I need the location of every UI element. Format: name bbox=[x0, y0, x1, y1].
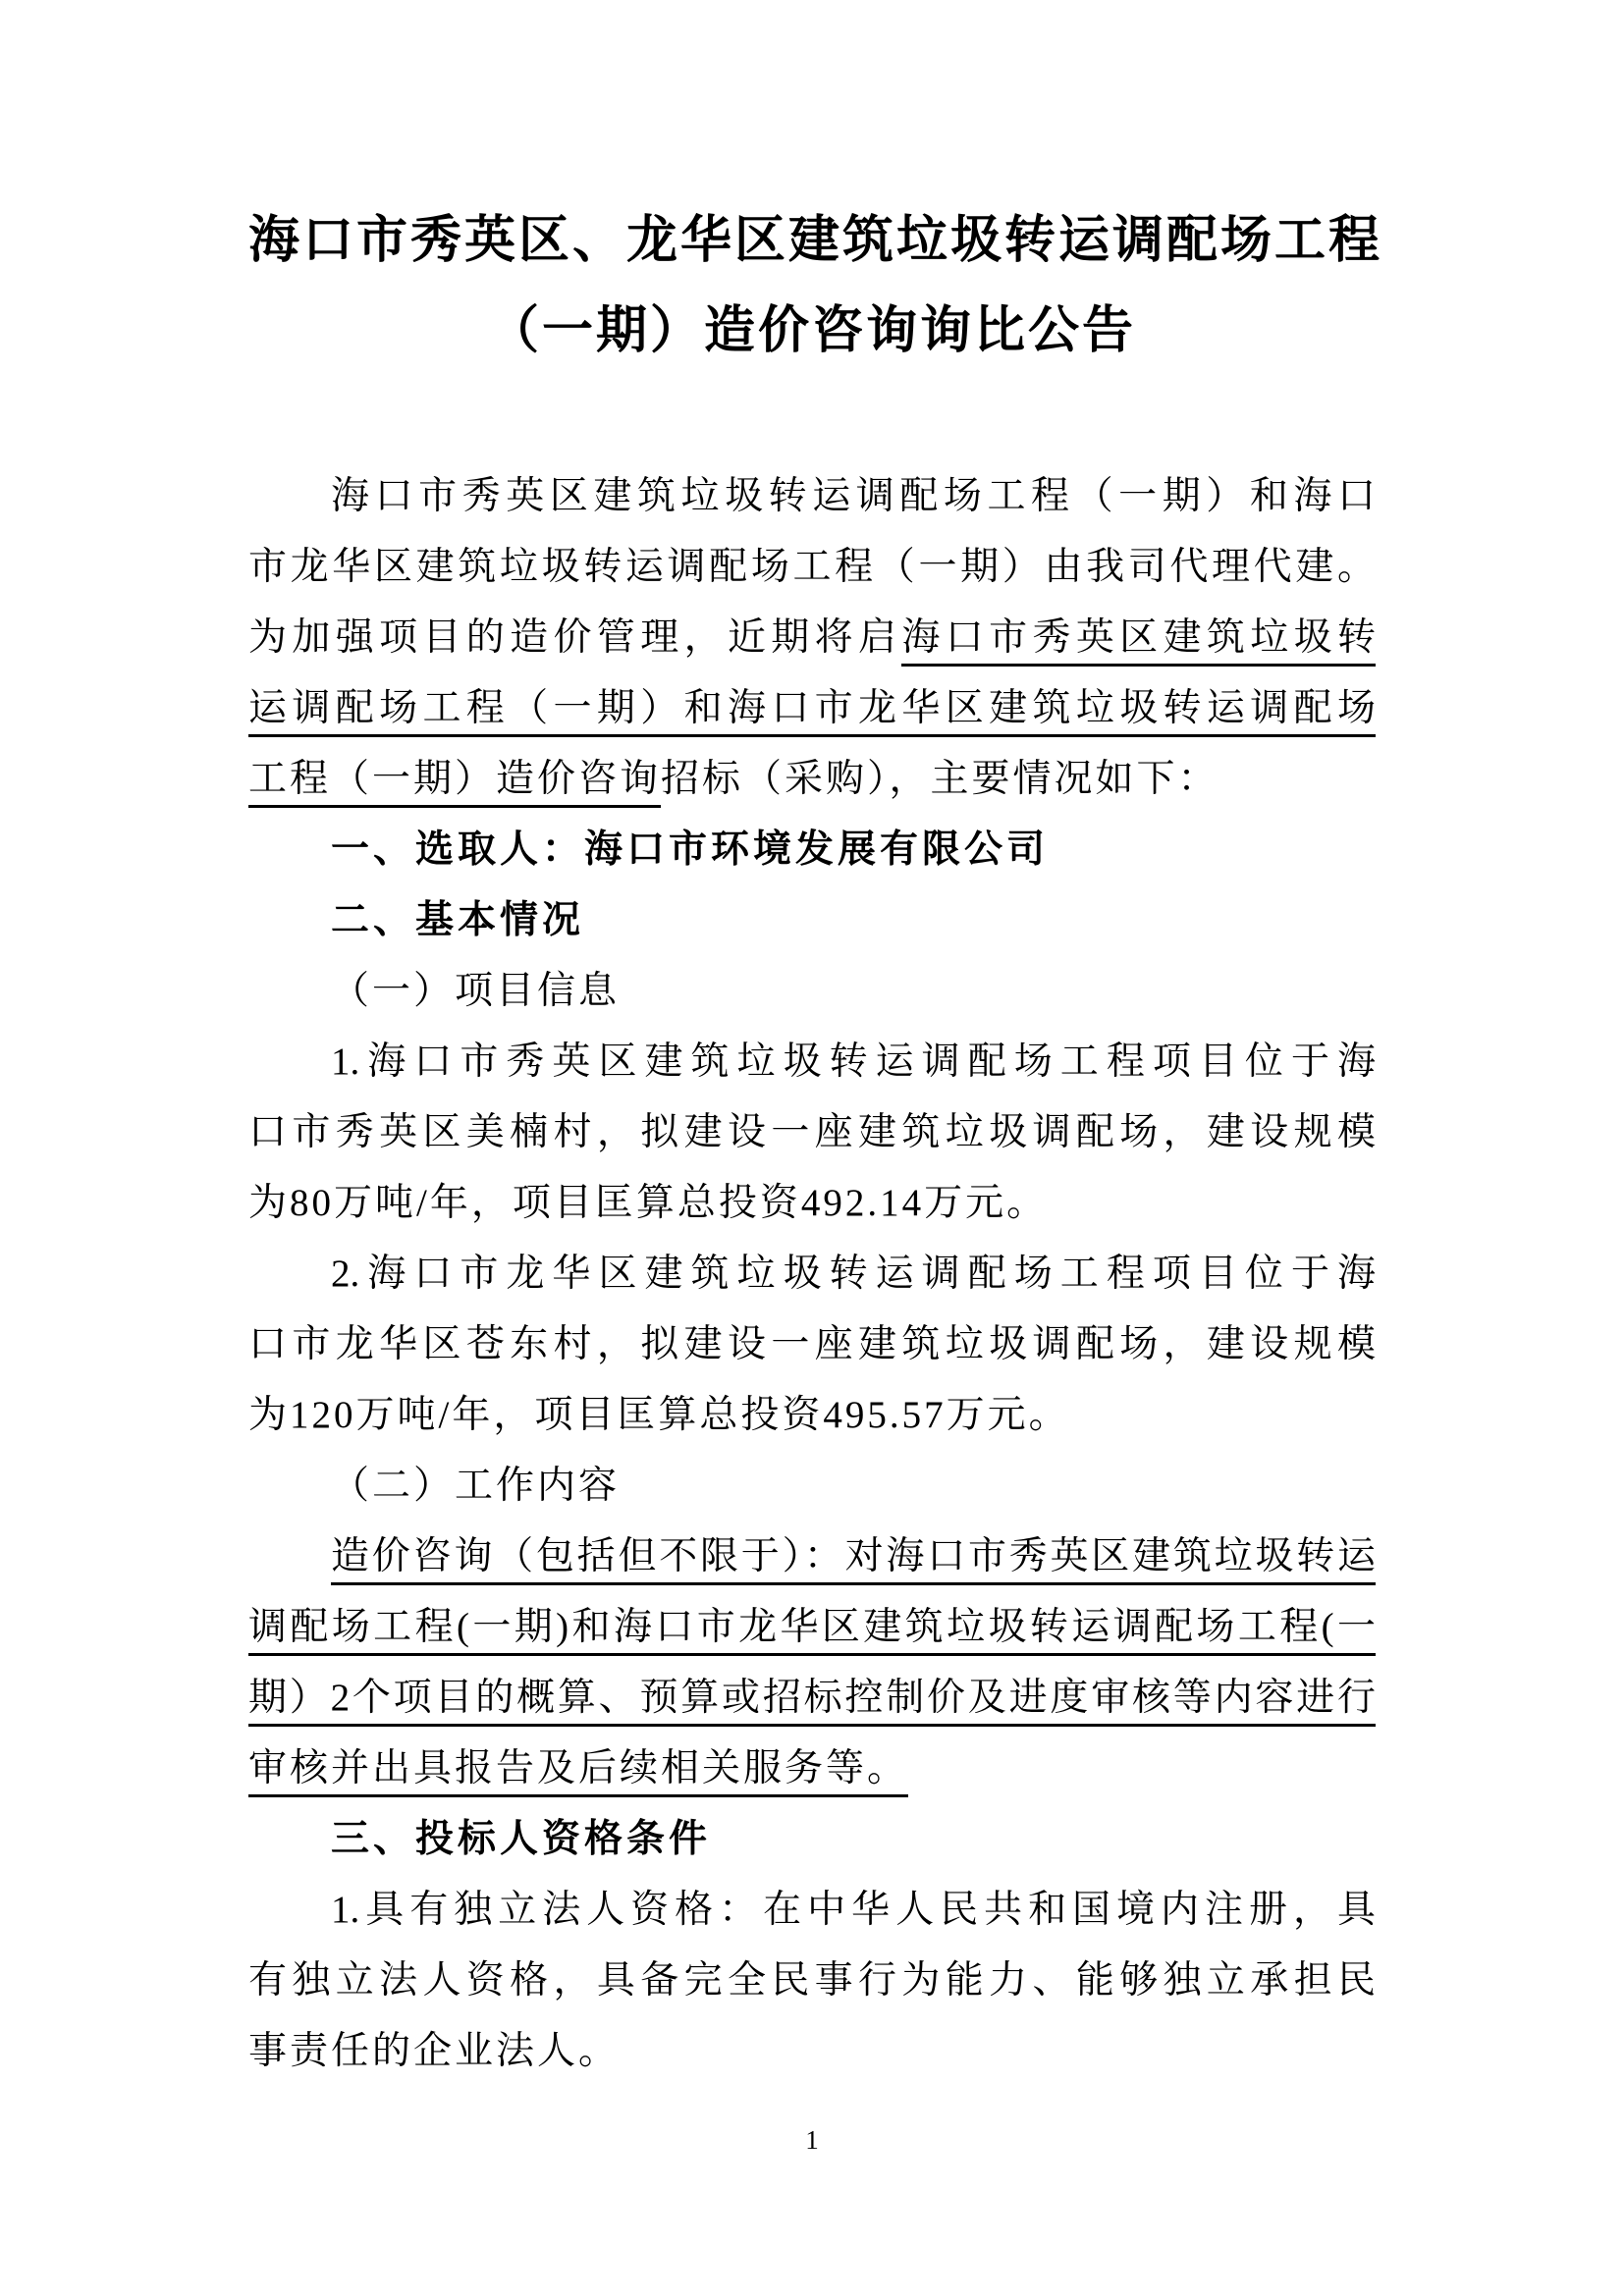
text-segment: 1.海口市秀英区建筑垃圾转运调配场工程项目位于海 bbox=[331, 1041, 1376, 1083]
document-page: 海口市秀英区、龙华区建筑垃圾转运调配场工程 （一期）造价咨询询比公告 海口市秀英… bbox=[0, 0, 1624, 2296]
body-text-line: 二、基本情况 bbox=[248, 885, 1376, 956]
text-segment: 事责任的企业法人。 bbox=[248, 2030, 620, 2072]
body-text-line: 1.具有独立法人资格：在中华人民共和国境内注册，具 bbox=[248, 1875, 1376, 1946]
body-text-line: 工程（一期）造价咨询招标（采购），主要情况如下： bbox=[248, 744, 1376, 815]
document-title-line-1: 海口市秀英区、龙华区建筑垃圾转运调配场工程 bbox=[248, 196, 1376, 287]
body-text-line: （一）项目信息 bbox=[248, 956, 1376, 1027]
text-segment: 为80万吨/年，项目匡算总投资492.14万元。 bbox=[248, 1182, 1048, 1224]
body-text-line: 为120万吨/年，项目匡算总投资495.57万元。 bbox=[248, 1380, 1376, 1451]
text-segment: 为120万吨/年，项目匡算总投资495.57万元。 bbox=[248, 1394, 1070, 1436]
text-segment: 有独立法人资格，具备完全民事行为能力、能够独立承担民 bbox=[248, 1959, 1376, 2002]
body-text-line: 一、选取人：海口市环境发展有限公司 bbox=[248, 815, 1376, 885]
body-text-line: 有独立法人资格，具备完全民事行为能力、能够独立承担民 bbox=[248, 1946, 1376, 2016]
document-title-line-2: （一期）造价咨询询比公告 bbox=[248, 287, 1376, 377]
text-segment: 口市龙华区苍东村，拟建设一座建筑垃圾调配场，建设规模 bbox=[248, 1323, 1376, 1365]
text-segment: 海口市秀英区建筑垃圾转运调配场工程（一期）和海口 bbox=[331, 475, 1376, 517]
body-text-line: 造价咨询（包括但不限于）：对海口市秀英区建筑垃圾转运 bbox=[248, 1522, 1376, 1592]
underlined-text-segment: 海口市秀英区建筑垃圾转 bbox=[901, 616, 1376, 667]
text-segment: 三、投标人资格条件 bbox=[331, 1818, 711, 1860]
text-segment: 一、选取人：海口市环境发展有限公司 bbox=[331, 828, 1049, 871]
body-text-line: 为80万吨/年，项目匡算总投资492.14万元。 bbox=[248, 1168, 1376, 1239]
body-text-line: 调配场工程(一期)和海口市龙华区建筑垃圾转运调配场工程(一 bbox=[248, 1592, 1376, 1663]
underlined-text-segment: 造价咨询（包括但不限于）：对海口市秀英区建筑垃圾转运 bbox=[331, 1535, 1376, 1585]
text-segment: 为加强项目的造价管理，近期将启 bbox=[248, 616, 901, 659]
text-segment: （一）项目信息 bbox=[331, 970, 620, 1012]
body-text-line: 为加强项目的造价管理，近期将启海口市秀英区建筑垃圾转 bbox=[248, 603, 1376, 673]
body-text-line: 审核并出具报告及后续相关服务等。 bbox=[248, 1734, 1376, 1804]
body-text-line: 1.海口市秀英区建筑垃圾转运调配场工程项目位于海 bbox=[248, 1027, 1376, 1097]
text-segment: 2.海口市龙华区建筑垃圾转运调配场工程项目位于海 bbox=[331, 1253, 1376, 1295]
body-text-line: 三、投标人资格条件 bbox=[248, 1804, 1376, 1875]
underlined-text-segment: 期）2个项目的概算、预算或招标控制价及进度审核等内容进行 bbox=[248, 1677, 1376, 1727]
body-text-line: 口市龙华区苍东村，拟建设一座建筑垃圾调配场，建设规模 bbox=[248, 1309, 1376, 1380]
document-body: 海口市秀英区建筑垃圾转运调配场工程（一期）和海口市龙华区建筑垃圾转运调配场工程（… bbox=[248, 461, 1376, 2087]
body-text-line: 2.海口市龙华区建筑垃圾转运调配场工程项目位于海 bbox=[248, 1239, 1376, 1309]
text-segment: 1.具有独立法人资格：在中华人民共和国境内注册，具 bbox=[331, 1889, 1376, 1931]
underlined-text-segment: 运调配场工程（一期）和海口市龙华区建筑垃圾转运调配场 bbox=[248, 687, 1376, 737]
text-segment: 招标（采购），主要情况如下： bbox=[661, 758, 1219, 800]
underlined-text-segment: 审核并出具报告及后续相关服务等。 bbox=[248, 1747, 908, 1797]
body-text-line: （二）工作内容 bbox=[248, 1451, 1376, 1522]
text-segment: 市龙华区建筑垃圾转运调配场工程（一期）由我司代理代建。 bbox=[248, 546, 1376, 588]
page-number: 1 bbox=[0, 2120, 1624, 2160]
body-text-line: 口市秀英区美楠村，拟建设一座建筑垃圾调配场，建设规模 bbox=[248, 1097, 1376, 1168]
body-text-line: 运调配场工程（一期）和海口市龙华区建筑垃圾转运调配场 bbox=[248, 673, 1376, 744]
document-title: 海口市秀英区、龙华区建筑垃圾转运调配场工程 （一期）造价咨询询比公告 bbox=[248, 196, 1376, 377]
body-text-line: 市龙华区建筑垃圾转运调配场工程（一期）由我司代理代建。 bbox=[248, 532, 1376, 603]
text-segment: （二）工作内容 bbox=[331, 1465, 620, 1507]
underlined-text-segment: 调配场工程(一期)和海口市龙华区建筑垃圾转运调配场工程(一 bbox=[248, 1606, 1376, 1656]
text-segment: 口市秀英区美楠村，拟建设一座建筑垃圾调配场，建设规模 bbox=[248, 1111, 1376, 1153]
body-text-line: 海口市秀英区建筑垃圾转运调配场工程（一期）和海口 bbox=[248, 461, 1376, 532]
body-text-line: 事责任的企业法人。 bbox=[248, 2016, 1376, 2087]
text-segment: 二、基本情况 bbox=[331, 899, 584, 941]
underlined-text-segment: 工程（一期）造价咨询 bbox=[248, 758, 661, 808]
body-text-line: 期）2个项目的概算、预算或招标控制价及进度审核等内容进行 bbox=[248, 1663, 1376, 1734]
